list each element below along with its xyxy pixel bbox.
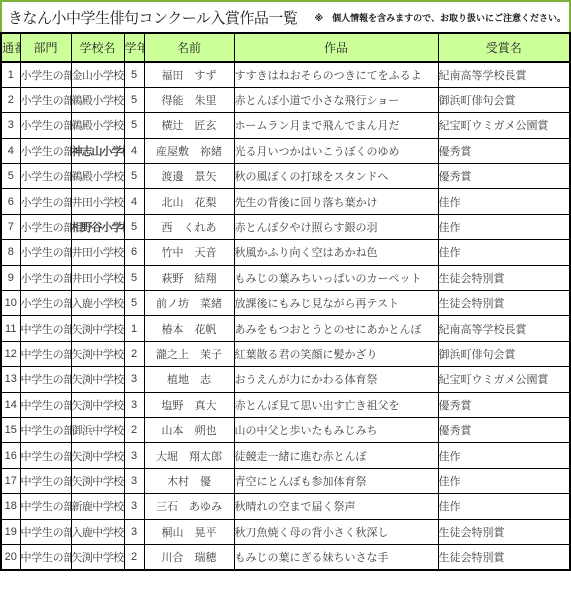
- cell-award: 御浜町俳句会賞: [438, 341, 570, 366]
- cell-grade: 2: [124, 544, 144, 569]
- cell-school: 矢渕中学校: [71, 443, 124, 468]
- cell-name: 椿本 花帆: [144, 316, 234, 341]
- col-header-school: 学校名: [71, 33, 124, 62]
- cell-name: 萩野 結翔: [144, 265, 234, 290]
- cell-name: 横辻 匠玄: [144, 113, 234, 138]
- cell-division: 中学生の部: [20, 316, 71, 341]
- cell-name: 山本 朔也: [144, 417, 234, 442]
- cell-division: 小学生の部: [20, 87, 71, 112]
- cell-serial: 1: [1, 62, 20, 87]
- cell-grade: 5: [124, 62, 144, 87]
- cell-school: 井田小学校: [71, 265, 124, 290]
- cell-name: 産屋敷 祢緒: [144, 138, 234, 163]
- cell-poem: 赤とんぼ小道で小さな飛行ショー: [234, 87, 438, 112]
- cell-division: 小学生の部: [20, 265, 71, 290]
- cell-award: 佳作: [438, 240, 570, 265]
- cell-grade: 4: [124, 189, 144, 214]
- cell-award: 優秀賞: [438, 392, 570, 417]
- table-row: 11 中学生の部 矢渕中学校 1 椿本 花帆 あみをもつおとうとのせにあかとんぼ…: [1, 316, 570, 341]
- awards-table: 通番 部門 学校名 学年 名前 作品 受賞名 1 小学生の部 金山小学校 5 福…: [0, 32, 571, 571]
- cell-poem: 先生の背後に回り落ち葉かけ: [234, 189, 438, 214]
- cell-name: 三石 あゆみ: [144, 494, 234, 519]
- cell-division: 中学生の部: [20, 392, 71, 417]
- cell-division: 小学生の部: [20, 214, 71, 239]
- cell-serial: 14: [1, 392, 20, 417]
- cell-school: 金山小学校: [71, 62, 124, 87]
- table-row: 7 小学生の部 相野谷小学校 5 西 くれあ 赤とんぼ夕やけ照らす銀の羽 佳作: [1, 214, 570, 239]
- cell-poem: 山の中父と歩いたもみじみち: [234, 417, 438, 442]
- cell-serial: 6: [1, 189, 20, 214]
- cell-school: 御浜中学校: [71, 417, 124, 442]
- cell-name: 塩野 真大: [144, 392, 234, 417]
- cell-school: 矢渕中学校: [71, 468, 124, 493]
- col-header-name: 名前: [144, 33, 234, 62]
- cell-award: 佳作: [438, 214, 570, 239]
- cell-serial: 13: [1, 367, 20, 392]
- table-row: 13 中学生の部 矢渕中学校 3 植地 志 おうえんが力にかわる体育祭 紀宝町ウ…: [1, 367, 570, 392]
- cell-serial: 18: [1, 494, 20, 519]
- cell-grade: 5: [124, 214, 144, 239]
- cell-award: 生徒会特別賞: [438, 265, 570, 290]
- cell-poem: 光る月いつかはいこうぼくのゆめ: [234, 138, 438, 163]
- table-row: 3 小学生の部 鵜殿小学校 5 横辻 匠玄 ホームラン月まで飛んでまん月だ 紀宝…: [1, 113, 570, 138]
- cell-poem: すすきはねおそらのつきにてをふるよ: [234, 62, 438, 87]
- cell-poem: もみじの葉みちいっぱいのカーペット: [234, 265, 438, 290]
- cell-name: 桐山 晃平: [144, 519, 234, 544]
- cell-award: 佳作: [438, 468, 570, 493]
- table-row: 4 小学生の部 神志山小学校 4 産屋敷 祢緒 光る月いつかはいこうぼくのゆめ …: [1, 138, 570, 163]
- table-row: 16 中学生の部 矢渕中学校 3 大堀 翔太郎 徒競走一緒に進む赤とんぼ 佳作: [1, 443, 570, 468]
- cell-poem: 青空にとんぼも参加体育祭: [234, 468, 438, 493]
- table-row: 2 小学生の部 鵜殿小学校 5 得能 朱里 赤とんぼ小道で小さな飛行ショー 御浜…: [1, 87, 570, 112]
- cell-grade: 5: [124, 291, 144, 316]
- cell-division: 中学生の部: [20, 417, 71, 442]
- cell-serial: 16: [1, 443, 20, 468]
- cell-school: 井田小学校: [71, 240, 124, 265]
- cell-name: 前ノ坊 菜緒: [144, 291, 234, 316]
- cell-award: 御浜町俳句会賞: [438, 87, 570, 112]
- table-row: 17 中学生の部 矢渕中学校 3 木村 優 青空にとんぼも参加体育祭 佳作: [1, 468, 570, 493]
- cell-name: 福田 すず: [144, 62, 234, 87]
- cell-award: 紀宝町ウミガメ公園賞: [438, 367, 570, 392]
- cell-grade: 3: [124, 392, 144, 417]
- cell-school: 矢渕中学校: [71, 392, 124, 417]
- cell-grade: 5: [124, 113, 144, 138]
- table-row: 18 中学生の部 新鹿中学校 3 三石 あゆみ 秋晴れの空まで届く祭声 佳作: [1, 494, 570, 519]
- cell-division: 小学生の部: [20, 164, 71, 189]
- cell-serial: 8: [1, 240, 20, 265]
- col-header-award: 受賞名: [438, 33, 570, 62]
- cell-serial: 3: [1, 113, 20, 138]
- cell-name: 竹中 天音: [144, 240, 234, 265]
- title-bar: きなん小中学生俳句コンクール入賞作品一覧 ※ 個人情報を含みますので、お取り扱い…: [0, 0, 571, 32]
- cell-division: 小学生の部: [20, 62, 71, 87]
- cell-division: 小学生の部: [20, 138, 71, 163]
- table-row: 10 小学生の部 入鹿小学校 5 前ノ坊 菜緒 放課後にもみじ見ながら再テスト …: [1, 291, 570, 316]
- cell-grade: 2: [124, 341, 144, 366]
- cell-serial: 12: [1, 341, 20, 366]
- cell-division: 小学生の部: [20, 113, 71, 138]
- cell-poem: 秋晴れの空まで届く祭声: [234, 494, 438, 519]
- cell-grade: 1: [124, 316, 144, 341]
- cell-name: 瀧之上 茉子: [144, 341, 234, 366]
- cell-name: 大堀 翔太郎: [144, 443, 234, 468]
- cell-poem: もみじの葉にぎる妹ちいさな手: [234, 544, 438, 569]
- cell-poem: 徒競走一緒に進む赤とんぼ: [234, 443, 438, 468]
- cell-grade: 3: [124, 443, 144, 468]
- col-header-grade: 学年: [124, 33, 144, 62]
- cell-serial: 9: [1, 265, 20, 290]
- cell-name: 得能 朱里: [144, 87, 234, 112]
- cell-poem: 赤とんぼ見て思い出す亡き祖父を: [234, 392, 438, 417]
- cell-school: 矢渕中学校: [71, 367, 124, 392]
- cell-award: 優秀賞: [438, 164, 570, 189]
- cell-poem: 秋の風ぼくの打球をスタンドへ: [234, 164, 438, 189]
- cell-grade: 6: [124, 240, 144, 265]
- cell-name: 木村 優: [144, 468, 234, 493]
- cell-award: 優秀賞: [438, 417, 570, 442]
- cell-division: 中学生の部: [20, 341, 71, 366]
- cell-award: 優秀賞: [438, 138, 570, 163]
- cell-poem: おうえんが力にかわる体育祭: [234, 367, 438, 392]
- table-row: 9 小学生の部 井田小学校 5 萩野 結翔 もみじの葉みちいっぱいのカーペット …: [1, 265, 570, 290]
- cell-serial: 15: [1, 417, 20, 442]
- cell-serial: 11: [1, 316, 20, 341]
- cell-division: 中学生の部: [20, 544, 71, 569]
- cell-division: 中学生の部: [20, 494, 71, 519]
- cell-grade: 5: [124, 87, 144, 112]
- cell-name: 西 くれあ: [144, 214, 234, 239]
- cell-grade: 5: [124, 265, 144, 290]
- cell-award: 紀南高等学校長賞: [438, 62, 570, 87]
- cell-serial: 19: [1, 519, 20, 544]
- cell-poem: 紅葉散る君の笑顔に髪かざり: [234, 341, 438, 366]
- cell-award: 紀宝町ウミガメ公園賞: [438, 113, 570, 138]
- cell-name: 北山 花梨: [144, 189, 234, 214]
- cell-school: 入鹿小学校: [71, 291, 124, 316]
- table-row: 20 中学生の部 矢渕中学校 2 川合 瑞穂 もみじの葉にぎる妹ちいさな手 生徒…: [1, 544, 570, 569]
- cell-award: 生徒会特別賞: [438, 544, 570, 569]
- cell-division: 小学生の部: [20, 240, 71, 265]
- cell-award: 佳作: [438, 189, 570, 214]
- table-row: 15 中学生の部 御浜中学校 2 山本 朔也 山の中父と歩いたもみじみち 優秀賞: [1, 417, 570, 442]
- table-row: 6 小学生の部 井田小学校 4 北山 花梨 先生の背後に回り落ち葉かけ 佳作: [1, 189, 570, 214]
- cell-award: 紀南高等学校長賞: [438, 316, 570, 341]
- table-row: 14 中学生の部 矢渕中学校 3 塩野 真大 赤とんぼ見て思い出す亡き祖父を 優…: [1, 392, 570, 417]
- cell-poem: 赤とんぼ夕やけ照らす銀の羽: [234, 214, 438, 239]
- cell-grade: 4: [124, 138, 144, 163]
- cell-award: 佳作: [438, 443, 570, 468]
- col-header-poem: 作品: [234, 33, 438, 62]
- col-header-serial: 通番: [1, 33, 20, 62]
- cell-division: 中学生の部: [20, 367, 71, 392]
- cell-name: 渡邊 景矢: [144, 164, 234, 189]
- cell-school: 相野谷小学校: [71, 214, 124, 239]
- cell-school: 鵜殿小学校: [71, 113, 124, 138]
- cell-award: 佳作: [438, 494, 570, 519]
- privacy-notice: ※ 個人情報を含みますので、お取り扱いにご注意ください。: [314, 11, 567, 24]
- table-row: 1 小学生の部 金山小学校 5 福田 すず すすきはねおそらのつきにてをふるよ …: [1, 62, 570, 87]
- cell-grade: 3: [124, 367, 144, 392]
- cell-school: 入鹿中学校: [71, 519, 124, 544]
- col-header-division: 部門: [20, 33, 71, 62]
- cell-school: 井田小学校: [71, 189, 124, 214]
- cell-serial: 20: [1, 544, 20, 569]
- cell-poem: ホームラン月まで飛んでまん月だ: [234, 113, 438, 138]
- cell-award: 生徒会特別賞: [438, 291, 570, 316]
- cell-name: 川合 瑞穂: [144, 544, 234, 569]
- cell-division: 小学生の部: [20, 291, 71, 316]
- cell-school: 矢渕中学校: [71, 316, 124, 341]
- cell-division: 小学生の部: [20, 189, 71, 214]
- cell-school: 鵜殿小学校: [71, 87, 124, 112]
- cell-grade: 3: [124, 519, 144, 544]
- header-row: 通番 部門 学校名 学年 名前 作品 受賞名: [1, 33, 570, 62]
- table-row: 8 小学生の部 井田小学校 6 竹中 天音 秋風かふり向く空はあかね色 佳作: [1, 240, 570, 265]
- cell-serial: 2: [1, 87, 20, 112]
- cell-division: 中学生の部: [20, 468, 71, 493]
- cell-school: 矢渕中学校: [71, 544, 124, 569]
- cell-school: 鵜殿小学校: [71, 164, 124, 189]
- cell-serial: 17: [1, 468, 20, 493]
- cell-poem: 秋刀魚焼く母の背小さく秋深し: [234, 519, 438, 544]
- cell-serial: 5: [1, 164, 20, 189]
- cell-grade: 3: [124, 468, 144, 493]
- table-row: 12 中学生の部 矢渕中学校 2 瀧之上 茉子 紅葉散る君の笑顔に髪かざり 御浜…: [1, 341, 570, 366]
- page-title: きなん小中学生俳句コンクール入賞作品一覧: [8, 7, 297, 28]
- cell-name: 植地 志: [144, 367, 234, 392]
- cell-serial: 4: [1, 138, 20, 163]
- cell-serial: 7: [1, 214, 20, 239]
- cell-poem: 秋風かふり向く空はあかね色: [234, 240, 438, 265]
- cell-grade: 3: [124, 494, 144, 519]
- table-row: 19 中学生の部 入鹿中学校 3 桐山 晃平 秋刀魚焼く母の背小さく秋深し 生徒…: [1, 519, 570, 544]
- cell-school: 神志山小学校: [71, 138, 124, 163]
- cell-school: 新鹿中学校: [71, 494, 124, 519]
- cell-grade: 2: [124, 417, 144, 442]
- cell-school: 矢渕中学校: [71, 341, 124, 366]
- sheet-page: きなん小中学生俳句コンクール入賞作品一覧 ※ 個人情報を含みますので、お取り扱い…: [0, 0, 571, 597]
- cell-division: 中学生の部: [20, 519, 71, 544]
- table-row: 5 小学生の部 鵜殿小学校 5 渡邊 景矢 秋の風ぼくの打球をスタンドへ 優秀賞: [1, 164, 570, 189]
- cell-serial: 10: [1, 291, 20, 316]
- cell-grade: 5: [124, 164, 144, 189]
- cell-poem: あみをもつおとうとのせにあかとんぼ: [234, 316, 438, 341]
- cell-award: 生徒会特別賞: [438, 519, 570, 544]
- cell-poem: 放課後にもみじ見ながら再テスト: [234, 291, 438, 316]
- cell-division: 中学生の部: [20, 443, 71, 468]
